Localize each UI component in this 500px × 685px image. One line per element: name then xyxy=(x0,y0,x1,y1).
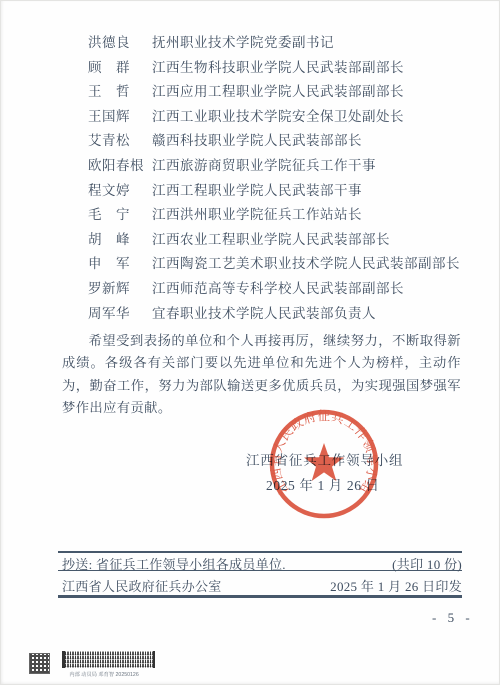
issuer-name: 江西省人民政府征兵办公室 xyxy=(62,576,222,595)
honoree-row: 申 军江西陶瓷工艺美术职业技术学院人民武装部副部长 xyxy=(88,252,460,277)
honoree-title: 抚州职业技术学院党委副书记 xyxy=(152,31,334,56)
document-page: 洪德良抚州职业技术学院党委副书记 顾 群江西生物科技职业学院人民武装部副部长 王… xyxy=(0,0,500,685)
honoree-name: 罗新辉 xyxy=(88,277,152,302)
honoree-title: 江西应用工程职业学院人民武装部副部长 xyxy=(152,80,404,105)
honoree-name: 王 哲 xyxy=(88,80,152,105)
honoree-name: 程文婷 xyxy=(88,179,152,204)
honoree-name: 毛 宁 xyxy=(88,203,152,228)
honoree-row: 顾 群江西生物科技职业学院人民武装部副部长 xyxy=(88,56,460,81)
honoree-name: 周军华 xyxy=(88,302,152,327)
honoree-name: 洪德良 xyxy=(88,31,152,56)
honoree-title: 江西旅游商贸职业学院征兵工作干事 xyxy=(152,154,376,179)
honoree-name: 艾青松 xyxy=(88,129,152,154)
honoree-row: 罗新辉江西师范高等专科学校人民武装部副部长 xyxy=(88,277,460,302)
honoree-name: 顾 群 xyxy=(88,56,152,81)
honoree-row: 洪德良抚州职业技术学院党委副书记 xyxy=(88,31,460,56)
honoree-name: 欧阳春根 xyxy=(88,154,152,179)
qr-code xyxy=(30,654,49,673)
honoree-title: 江西工业职业技术学院安全保卫处副处长 xyxy=(152,105,404,130)
footer-rule-top xyxy=(58,551,462,553)
honoree-title: 江西陶瓷工艺美术职业技术学院人民武装部副部长 xyxy=(152,252,460,277)
honoree-row: 王 哲江西应用工程职业学院人民武装部副部长 xyxy=(88,80,460,105)
honoree-row: 胡 峰江西农业工程职业学院人民武装部部长 xyxy=(88,228,460,253)
footer-issuer-row: 江西省人民政府征兵办公室 2025 年 1 月 26 日印发 xyxy=(62,576,462,595)
cc-line: 抄送: 省征兵工作领导小组各成员单位. xyxy=(62,554,286,573)
honoree-row: 毛 宁江西洪州职业学院征兵工作站站长 xyxy=(88,203,460,228)
copies-count: (共印 10 份) xyxy=(392,554,462,573)
honoree-title: 江西工程职业学院人民武装部干事 xyxy=(152,179,362,204)
honoree-row: 王国辉江西工业职业技术学院安全保卫处副处长 xyxy=(88,105,460,130)
barcode xyxy=(62,651,155,668)
honoree-title: 江西师范高等专科学校人民武装部副部长 xyxy=(152,277,404,302)
honoree-name: 申 军 xyxy=(88,252,152,277)
official-seal-stamp: 江西省人民政府征兵工作领导小组 xyxy=(262,402,386,526)
honoree-title: 江西洪州职业学院征兵工作站站长 xyxy=(152,203,362,228)
page-number: - 5 - xyxy=(432,610,474,626)
honoree-title: 江西农业工程职业学院人民武装部部长 xyxy=(152,228,390,253)
seal-graphic: 江西省人民政府征兵工作领导小组 xyxy=(262,402,386,526)
seal-star-icon xyxy=(304,443,344,481)
barcode-caption: 内部 动员局 邓育智 20250126 xyxy=(60,670,148,678)
honoree-title: 宜春职业技术学院人民武装部负责人 xyxy=(152,302,376,327)
honoree-title: 赣西科技职业学院人民武装部部长 xyxy=(152,129,362,154)
honoree-name: 胡 峰 xyxy=(88,228,152,253)
honoree-name: 王国辉 xyxy=(88,105,152,130)
honoree-title: 江西生物科技职业学院人民武装部副部长 xyxy=(152,56,404,81)
print-date: 2025 年 1 月 26 日印发 xyxy=(330,576,462,595)
honoree-row: 周军华宜春职业技术学院人民武装部负责人 xyxy=(88,302,460,327)
honoree-row: 欧阳春根江西旅游商贸职业学院征兵工作干事 xyxy=(88,154,460,179)
footer-rule-bottom xyxy=(58,595,462,598)
footer-cc-row: 抄送: 省征兵工作领导小组各成员单位. (共印 10 份) xyxy=(62,554,462,573)
honoree-list: 洪德良抚州职业技术学院党委副书记 顾 群江西生物科技职业学院人民武装部副部长 王… xyxy=(88,31,460,326)
honoree-row: 程文婷江西工程职业学院人民武装部干事 xyxy=(88,179,460,204)
honoree-row: 艾青松赣西科技职业学院人民武装部部长 xyxy=(88,129,460,154)
